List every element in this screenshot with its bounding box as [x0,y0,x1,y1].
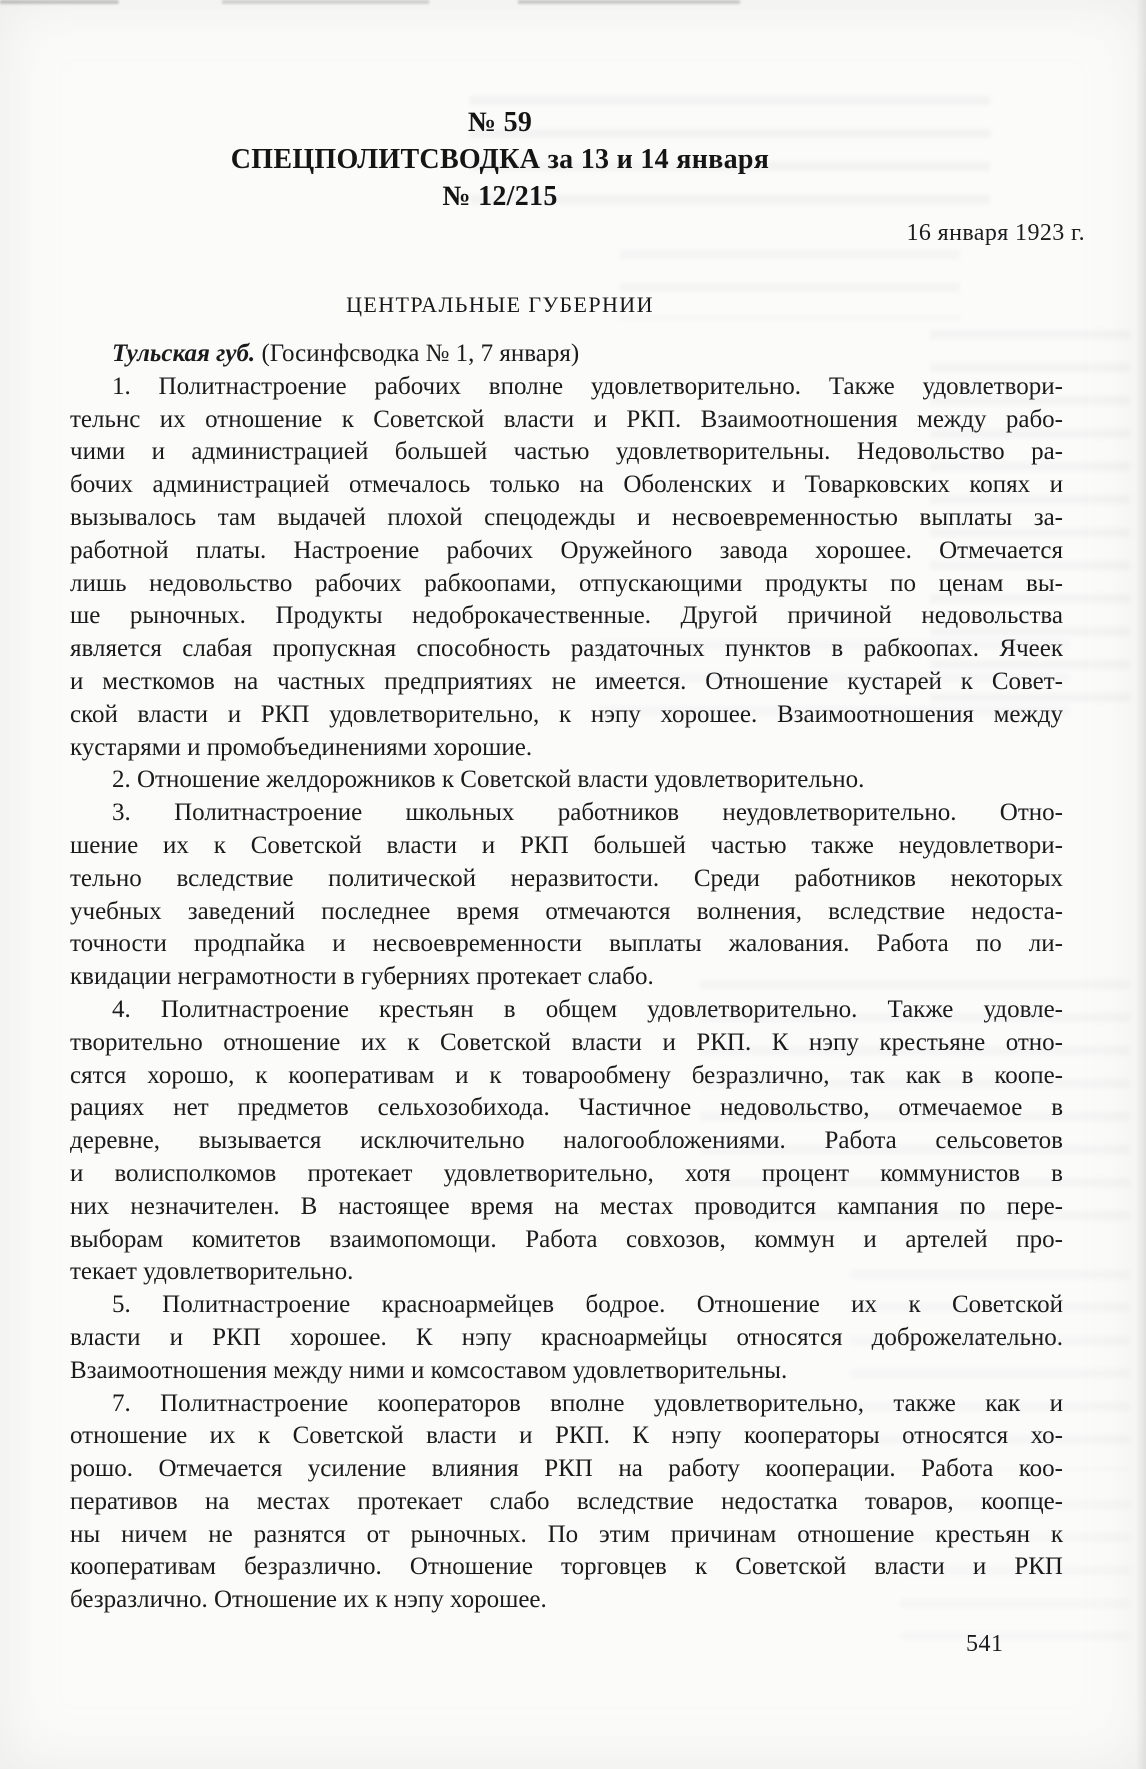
text-line: перативов на местах протекает слабо всле… [70,1486,1063,1519]
text-line: текает удовлетворительно. [70,1256,1063,1289]
intro-line: Тульская губ. (Госинфсводка № 1, 7 январ… [70,338,1063,371]
text-line: выборам комитетов взаимопомощи. Работа с… [70,1224,1063,1257]
text-line: кооперативам безразлично. Отношение торг… [70,1551,1063,1584]
text-line: рациях нет предметов сельхозобихода. Час… [70,1092,1063,1125]
text-line: тельно вследствие политической неразвито… [70,863,1063,896]
text-line: квидации неграмотности в губерниях проте… [70,961,1063,994]
text-line: отношение их к Советской власти и РКП. К… [70,1420,1063,1453]
page-number: 541 [966,1631,1004,1658]
text-line: работной платы. Настроение рабочих Оруже… [70,535,1063,568]
text-line: является слабая пропускная способность р… [70,633,1063,666]
text-line: сятся хорошо, к кооперативам и к товароо… [70,1060,1063,1093]
text-line: точности продпайка и несвоевременности в… [70,928,1063,961]
document-date: 16 января 1923 г. [70,220,1085,247]
text-line: 4. Политнастроение крестьян в общем удов… [70,994,1063,1027]
text-line: творительно отношение их к Советской вла… [70,1027,1063,1060]
text-line: Взаимоотношения между ними и комсоставом… [70,1355,1063,1388]
text-line: ны ничем не разнятся от рыночных. По эти… [70,1519,1063,1552]
text-line: лишь недовольство рабочих рабкоопами, от… [70,568,1063,601]
document-title: СПЕЦПОЛИТСВОДКА за 13 и 14 января [70,141,930,178]
document-header: № 59 СПЕЦПОЛИТСВОДКА за 13 и 14 января №… [70,104,930,215]
text-line: 1. Политнастроение рабочих вполне удовле… [70,371,1063,404]
text-line: и месткомов на частных предприятиях не и… [70,666,1063,699]
text-line: чими и администрацией большей частью удо… [70,436,1063,469]
text-line: ше рыночных. Продукты недоброкачественны… [70,600,1063,633]
text-line: них незначителен. В настоящее время на м… [70,1191,1063,1224]
text-line: деревне, вызывается исключительно налого… [70,1125,1063,1158]
text-line: вызывалось там выдачей плохой спецодежды… [70,502,1063,535]
text-line: 2. Отношение желдорожников к Советской в… [70,764,1063,797]
text-line: рошо. Отмечается усиление влияния РКП на… [70,1453,1063,1486]
text-line: безразлично. Отношение их к нэпу хорошее… [70,1584,1063,1617]
document-code: № 12/215 [70,178,930,215]
text-line: шение их к Советской власти и РКП больше… [70,830,1063,863]
text-line: ской власти и РКП удовлетворительно, к н… [70,699,1063,732]
scan-edge-shadow [1136,0,1146,1769]
text-line: и волисполкомов протекает удовлетворител… [70,1158,1063,1191]
text-line: власти и РКП хорошее. К нэпу красноармей… [70,1322,1063,1355]
scan-edge-artifact [0,0,740,4]
text-line: бочих администрацией отмечалось только н… [70,469,1063,502]
section-heading: ЦЕНТРАЛЬНЫЕ ГУБЕРНИИ [70,292,930,318]
document-number: № 59 [70,104,930,141]
source-reference: (Госинфсводка № 1, 7 января) [255,340,579,367]
text-line: учебных заведений последнее время отмеча… [70,896,1063,929]
text-line: 5. Политнастроение красноармейцев бодрое… [70,1289,1063,1322]
body-text: Тульская губ. (Госинфсводка № 1, 7 январ… [70,338,1063,1617]
text-line: кустарями и промобъединениями хорошие. [70,732,1063,765]
text-line: 7. Политнастроение кооператоров вполне у… [70,1388,1063,1421]
scanned-document-page: № 59 СПЕЦПОЛИТСВОДКА за 13 и 14 января №… [0,0,1146,1769]
text-line: тельнс их отношение к Советской власти и… [70,404,1063,437]
region-name: Тульская губ. [112,340,255,367]
text-line: 3. Политнастроение школьных работников н… [70,797,1063,830]
